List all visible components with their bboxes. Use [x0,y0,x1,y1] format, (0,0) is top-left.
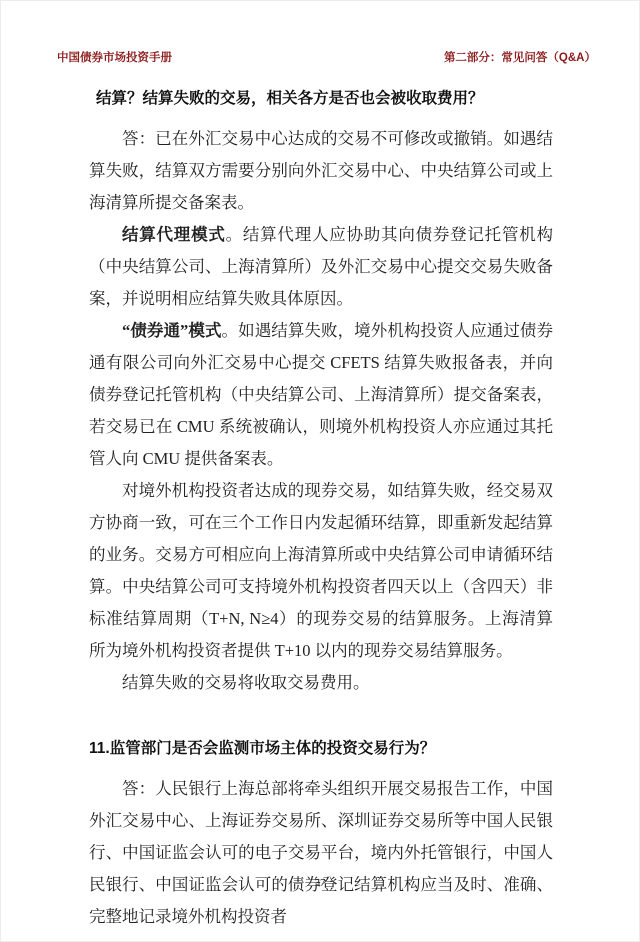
question-10-title: 结算？结算失败的交易，相关各方是否也会被收取费用？ [96,87,553,111]
paragraph-bold-lead: 结算代理模式 [122,225,226,244]
paragraph: 答：已在外汇交易中心达成的交易不可修改或撤销。如遇结算失败，结算双方需要分别向外… [89,123,553,219]
paragraph-text: 答：人民银行上海总部将牵头组织开展交易报告工作，中国外汇交易中心、上海证券交易所… [89,779,553,926]
paragraph: “债券通”模式。如遇结算失败，境外机构投资人应通过债券通有限公司向外汇交易中心提… [89,315,553,475]
paragraph-text: 答：已在外汇交易中心达成的交易不可修改或撤销。如遇结算失败，结算双方需要分别向外… [89,129,553,212]
page-footer: 37 [1,878,639,889]
document-body: 结算？结算失败的交易，相关各方是否也会被收取费用？ 答：已在外汇交易中心达成的交… [89,87,553,933]
answer-10: 答：已在外汇交易中心达成的交易不可修改或撤销。如遇结算失败，结算双方需要分别向外… [89,123,553,699]
paragraph-text: 对境外机构投资者达成的现券交易，如结算失败，经交易双方协商一致，可在三个工作日内… [89,481,553,660]
paragraph: 对境外机构投资者达成的现券交易，如结算失败，经交易双方协商一致，可在三个工作日内… [89,475,553,667]
paragraph-text: 。如遇结算失败，境外机构投资人应通过债券通有限公司向外汇交易中心提交 CFETS… [89,321,553,468]
answer-11: 答：人民银行上海总部将牵头组织开展交易报告工作，中国外汇交易中心、上海证券交易所… [89,773,553,933]
page-number: 37 [315,878,326,889]
page-header: 中国债券市场投资手册 第二部分：常见问答（Q&A） [57,51,596,65]
paragraph-bold-lead: “债券通”模式 [122,321,222,340]
paragraph-text: 结算失败的交易将收取交易费用。 [122,673,370,692]
question-11-title: 11.监管部门是否会监测市场主体的投资交易行为？ [89,737,553,761]
header-section-title: 第二部分：常见问答（Q&A） [444,51,596,65]
paragraph: 结算失败的交易将收取交易费用。 [89,667,553,699]
header-book-title: 中国债券市场投资手册 [57,51,172,65]
paragraph: 答：人民银行上海总部将牵头组织开展交易报告工作，中国外汇交易中心、上海证券交易所… [89,773,553,933]
paragraph: 结算代理模式。结算代理人应协助其向债券登记托管机构（中央结算公司、上海清算所）及… [89,219,553,315]
document-page: 中国债券市场投资手册 第二部分：常见问答（Q&A） 结算？结算失败的交易，相关各… [0,0,640,942]
